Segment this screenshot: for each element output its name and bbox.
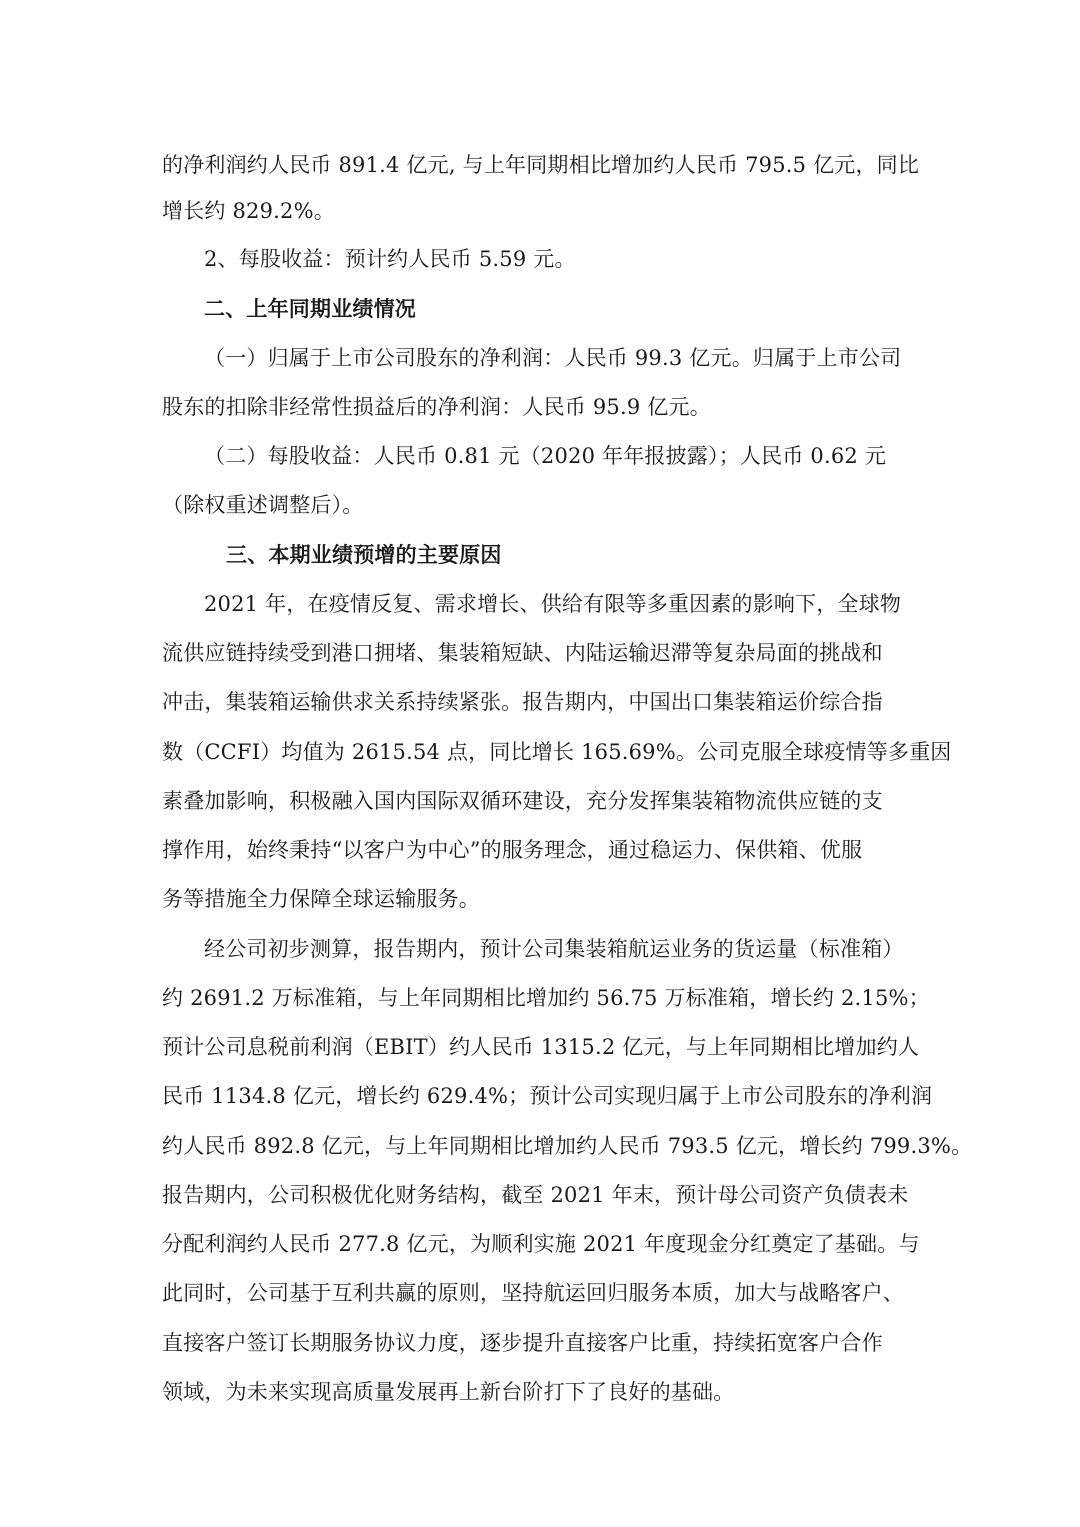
text-line: 数（CCFI）均值为 2615.54 点，同比增长 165.69%。公司克服全球… <box>162 737 952 767</box>
text-line: （除权重述调整后）。 <box>162 490 364 520</box>
text-line: 经公司初步测算，报告期内，预计公司集装箱航运业务的货运量（标准箱） <box>204 934 904 964</box>
text-line: 务等措施全力保障全球运输服务。 <box>162 884 480 914</box>
text-line: 报告期内，公司积极优化财务结构，截至 2021 年末，预计母公司资产负债表未 <box>162 1180 908 1210</box>
text-line: 冲击，集装箱运输供求关系持续紧张。报告期内，中国出口集装箱运价综合指 <box>162 687 883 717</box>
text-line: 分配利润约人民币 277.8 亿元，为顺利实施 2021 年度现金分红奠定了基础… <box>162 1229 920 1259</box>
section-heading: 三、本期业绩预增的主要原因 <box>226 540 502 570</box>
text-line: 股东的扣除非经常性损益后的净利润：人民币 95.9 亿元。 <box>162 392 711 422</box>
text-line: 增长约 829.2%。 <box>162 196 335 226</box>
section-heading: 二、上年同期业绩情况 <box>204 294 416 324</box>
text-line: 领域，为未来实现高质量发展再上新台阶打下了良好的基础。 <box>162 1377 734 1407</box>
text-line: 2、每股收益：预计约人民币 5.59 元。 <box>204 244 576 274</box>
text-line: 直接客户签订长期服务协议力度，逐步提升直接客户比重，持续拓宽客户合作 <box>162 1328 883 1358</box>
text-line: （一）归属于上市公司股东的净利润：人民币 99.3 亿元。归属于上市公司 <box>204 343 901 373</box>
text-line: 流供应链持续受到港口拥堵、集装箱短缺、内陆运输迟滞等复杂局面的挑战和 <box>162 638 883 668</box>
text-line: 的净利润约人民币 891.4 亿元, 与上年同期相比增加约人民币 795.5 亿… <box>162 150 919 180</box>
text-line: 此同时，公司基于互利共赢的原则，坚持航运回归服务本质，加大与战略客户、 <box>162 1278 904 1308</box>
text-line: 民币 1134.8 亿元，增长约 629.4%；预计公司实现归属于上市公司股东的… <box>162 1081 932 1111</box>
text-line: 撑作用，始终秉持“以客户为中心”的服务理念，通过稳运力、保供箱、优服 <box>162 835 862 865</box>
text-line: 约 2691.2 万标准箱，与上年同期相比增加约 56.75 万标准箱，增长约 … <box>162 983 930 1013</box>
text-line: 预计公司息税前利润（EBIT）约人民币 1315.2 亿元，与上年同期相比增加约… <box>162 1032 919 1062</box>
text-line: 素叠加影响，积极融入国内国际双循环建设，充分发挥集装箱物流供应链的支 <box>162 786 883 816</box>
text-line: （二）每股收益：人民币 0.81 元（2020 年年报披露）；人民币 0.62 … <box>204 441 886 471</box>
text-line: 2021 年，在疫情反复、需求增长、供给有限等多重因素的影响下，全球物 <box>204 589 901 619</box>
text-line: 约人民币 892.8 亿元，与上年同期相比增加约人民币 793.5 亿元，增长约… <box>162 1131 972 1161</box>
